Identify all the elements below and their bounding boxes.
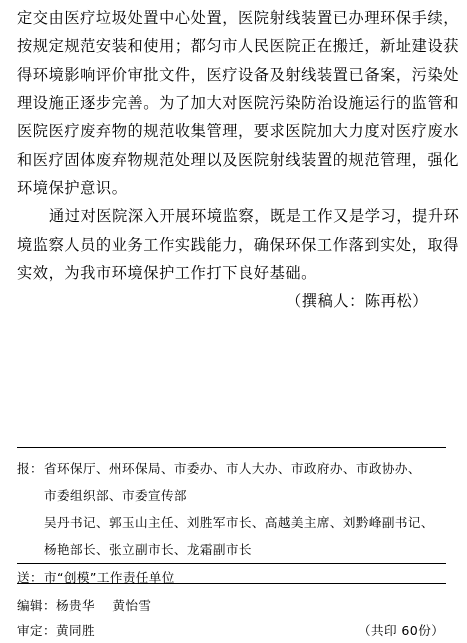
reviewer: 黄同胜 xyxy=(56,620,95,639)
report-line: 省环保厅、州环保局、市委办、市人大办、市政府办、市政协办、 xyxy=(44,458,421,477)
author-credit: （撰稿人：陈再松） xyxy=(286,290,428,311)
report-line: 市委组织部、市委宣传部 xyxy=(44,485,187,504)
body-line: 得环境影响评价审批文件，医疗设备及射线装置已备案，污染处 xyxy=(17,64,459,85)
body-line: 环境保护意识。 xyxy=(17,177,128,198)
editors: 杨贵华 黄怡雪 xyxy=(56,595,151,614)
body-line: 境监察人员的业务工作实践能力，确保环保工作落到实处，取得 xyxy=(17,234,459,255)
body-line: 理设施正逐步完善。为了加大对医院污染防治设施运行的监管和 xyxy=(17,92,459,113)
body-line: 实效，为我市环境保护工作打下良好基础。 xyxy=(17,262,317,283)
report-label: 报： xyxy=(17,458,43,477)
body-line: 医院医疗废弃物的规范收集管理，要求医院加大力度对医疗废水 xyxy=(17,120,459,141)
body-line: 通过对医院深入开展环境监察，既是工作又是学习，提升环 xyxy=(49,205,459,226)
reviewer-label: 审定： xyxy=(17,620,56,639)
top-rule xyxy=(17,447,446,448)
report-line: 吴丹书记、郭玉山主任、刘胜军市长、高越美主席、刘黔峰副书记、 xyxy=(44,512,434,531)
report-line: 杨艳部长、张立副市长、龙霜副市长 xyxy=(44,539,252,558)
send-rule xyxy=(17,583,446,584)
body-line: 和医疗固体废弃物规范处理以及医院射线装置的规范管理，强化 xyxy=(17,149,459,170)
body-line: 定交由医疗垃圾处置中心处置，医院射线装置已办理环保手续， xyxy=(17,7,459,28)
body-line: 按规定规范安装和使用；都匀市人民医院正在搬迁，新址建设获 xyxy=(17,35,459,56)
report-rule xyxy=(17,563,446,564)
editor-label: 编辑： xyxy=(17,595,56,614)
copies-count: （共印 60份） xyxy=(358,620,444,639)
